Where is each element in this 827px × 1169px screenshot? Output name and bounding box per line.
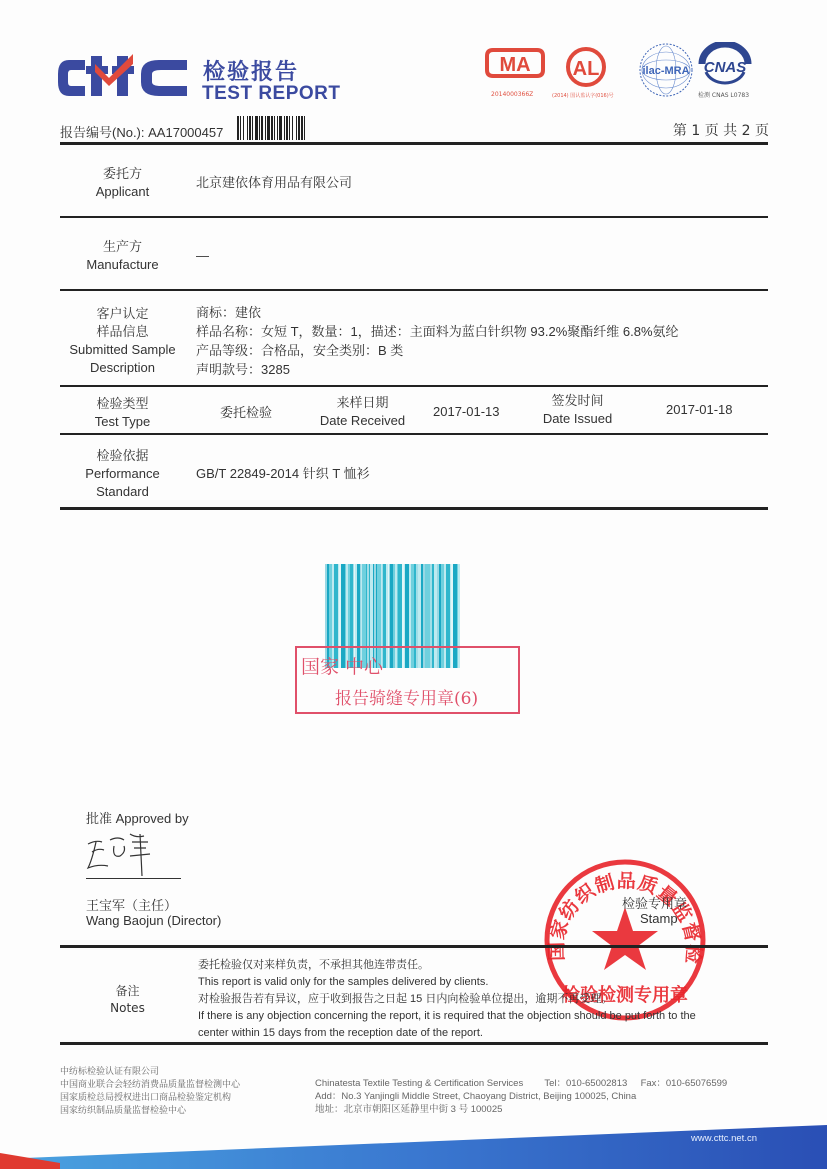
note-line: This report is valid only for the sample… xyxy=(198,974,696,991)
note-line: If there is any objection concerning the… xyxy=(198,1008,696,1025)
cal-mark-icon: AL xyxy=(564,46,608,88)
applicant-value: 北京建依体育用品有限公司 xyxy=(196,173,352,192)
svg-text:MA: MA xyxy=(499,54,530,76)
report-number: 报告编号(No.): AA17000457 xyxy=(60,122,223,141)
sample-label-en-1: Submitted Sample xyxy=(60,341,185,359)
report-number-value: AA17000457 xyxy=(148,125,223,140)
stamp-label-en: Stamp xyxy=(640,911,678,926)
note-line: 委托检验仅对来样负责，不承担其他连带责任。 xyxy=(198,957,696,974)
sample-grade: 产品等级：合格品，安全类别：B 类 xyxy=(196,341,679,360)
manufacture-label-cn: 生产方 xyxy=(60,238,185,256)
report-title-cn: 检验报告 xyxy=(203,55,299,86)
footer-company-en: Chinatesta Textile Testing & Certificati… xyxy=(315,1078,523,1089)
approver-name-en: Wang Baojun (Director) xyxy=(86,913,221,928)
test-type-value: 委托检验 xyxy=(220,403,272,422)
notes-label-cn: 备注 xyxy=(100,983,155,1000)
cnas-caption: 检测 CNAS L0783 xyxy=(698,90,749,99)
date-received-label: 来样日期 Date Received xyxy=(300,394,425,430)
manufacture-value: — xyxy=(196,246,209,265)
test-type-label: 检验类型 Test Type xyxy=(60,395,185,431)
barcode xyxy=(237,116,351,140)
cma-caption: 2014000366Z xyxy=(491,91,533,98)
date-issued-value: 2017-01-18 xyxy=(666,400,733,419)
divider xyxy=(60,945,768,948)
cma-mark-icon: MA xyxy=(485,46,545,80)
notes-text: 委托检验仅对来样负责，不承担其他连带责任。 This report is val… xyxy=(198,957,696,1042)
divider xyxy=(60,385,768,387)
divider xyxy=(60,1042,768,1045)
footer-org: 中国商业联合会轻纺消费品质量监督检测中心 xyxy=(60,1079,240,1092)
footer-fax: Fax：010-65076599 xyxy=(641,1078,728,1089)
cttc-logo xyxy=(55,52,190,102)
date-issued-label-cn: 签发时间 xyxy=(515,392,640,410)
seam-stamp: 国家 中心 报告骑缝专用章(6) xyxy=(295,646,520,714)
seam-stamp-line1: 国家 中心 xyxy=(301,652,383,679)
standard-value: GB/T 22849-2014 针织 T 恤衫 xyxy=(196,464,370,483)
cma-logo: MA 2014000366Z xyxy=(485,46,545,96)
signature-icon xyxy=(84,830,154,878)
standard-label-en-1: Performance xyxy=(60,465,185,483)
test-type-label-cn: 检验类型 xyxy=(60,395,185,413)
cal-caption: (2014) 国认监认字(016)号 xyxy=(552,92,614,99)
approved-by-label: 批准 Approved by xyxy=(86,808,189,827)
footer-organizations: 中纺标检验认证有限公司 中国商业联合会轻纺消费品质量监督检测中心 国家质检总局授… xyxy=(60,1066,240,1118)
divider xyxy=(60,289,768,291)
seam-stamp-line2: 报告骑缝专用章(6) xyxy=(335,684,478,709)
svg-text:ilac-MRA: ilac-MRA xyxy=(642,65,689,77)
note-line: center within 15 days from the reception… xyxy=(198,1025,696,1042)
date-received-value: 2017-01-13 xyxy=(433,402,500,421)
website-link[interactable]: www.cttc.net.cn xyxy=(691,1133,757,1144)
divider xyxy=(60,507,768,510)
date-received-label-cn: 来样日期 xyxy=(300,394,425,412)
footer-org: 中纺标检验认证有限公司 xyxy=(60,1066,240,1079)
standard-label-cn: 检验依据 xyxy=(60,447,185,465)
svg-text:CNAS: CNAS xyxy=(704,59,747,76)
date-issued-label-en: Date Issued xyxy=(515,410,640,428)
sample-label-cn-1: 客户认定 xyxy=(60,305,185,323)
note-line: 对检验报告若有异议，应于收到报告之日起 15 日内向检验单位提出，逾期不再受理。 xyxy=(198,991,696,1008)
sample-description: 商标：建依 样品名称：女短 T，数量：1，描述：主面料为蓝白针织物 93.2%聚… xyxy=(196,303,679,379)
cal-logo: AL (2014) 国认监认字(016)号 xyxy=(562,46,622,96)
cnas-mark-icon: CNAS xyxy=(696,42,754,88)
manufacture-label-en: Manufacture xyxy=(60,256,185,274)
footer-contact: Chinatesta Textile Testing & Certificati… xyxy=(315,1077,727,1116)
header-divider xyxy=(60,142,768,145)
standard-label: 检验依据 Performance Standard xyxy=(60,447,185,501)
stamp-label-cn: 检验专用章 xyxy=(622,893,687,912)
approver-name-cn: 王宝军（主任） xyxy=(86,895,177,914)
report-title-en: TEST REPORT xyxy=(202,83,341,105)
ilac-globe-icon: ilac-MRA xyxy=(636,42,696,98)
notes-label: 备注 Notes xyxy=(100,983,155,1017)
sample-name-desc: 样品名称：女短 T，数量：1，描述：主面料为蓝白针织物 93.2%聚酯纤维 6.… xyxy=(196,322,679,341)
date-issued-label: 签发时间 Date Issued xyxy=(515,392,640,428)
applicant-label-en: Applicant xyxy=(60,183,185,201)
sample-trademark: 商标：建依 xyxy=(196,303,679,322)
signature-line xyxy=(86,878,181,879)
footer-tel: Tel：010-65002813 xyxy=(544,1078,627,1089)
applicant-label-cn: 委托方 xyxy=(60,165,185,183)
standard-label-en-2: Standard xyxy=(60,483,185,501)
manufacture-label: 生产方 Manufacture xyxy=(60,238,185,274)
test-type-label-en: Test Type xyxy=(60,413,185,431)
sample-label-en-2: Description xyxy=(60,359,185,377)
date-received-label-en: Date Received xyxy=(300,412,425,430)
page-info: 第 1 页 共 2 页 xyxy=(673,120,769,140)
report-number-label: 报告编号(No.): xyxy=(60,125,145,140)
sample-label-cn-2: 样品信息 xyxy=(60,323,185,341)
svg-text:AL: AL xyxy=(573,58,600,80)
cnas-logo: CNAS 检测 CNAS L0783 xyxy=(696,42,758,102)
sample-style-no: 声明款号：3285 xyxy=(196,360,679,379)
divider xyxy=(60,216,768,218)
footer-org: 国家质检总局授权进出口商品检验鉴定机构 xyxy=(60,1092,240,1105)
sample-label: 客户认定 样品信息 Submitted Sample Description xyxy=(60,305,185,377)
divider xyxy=(60,433,768,435)
ilac-mra-logo: ilac-MRA xyxy=(636,42,696,98)
footer-address-en: Add：No.3 Yanjingli Middle Street, Chaoya… xyxy=(315,1090,727,1103)
applicant-label: 委托方 Applicant xyxy=(60,165,185,201)
notes-label-en: Notes xyxy=(100,1000,155,1017)
